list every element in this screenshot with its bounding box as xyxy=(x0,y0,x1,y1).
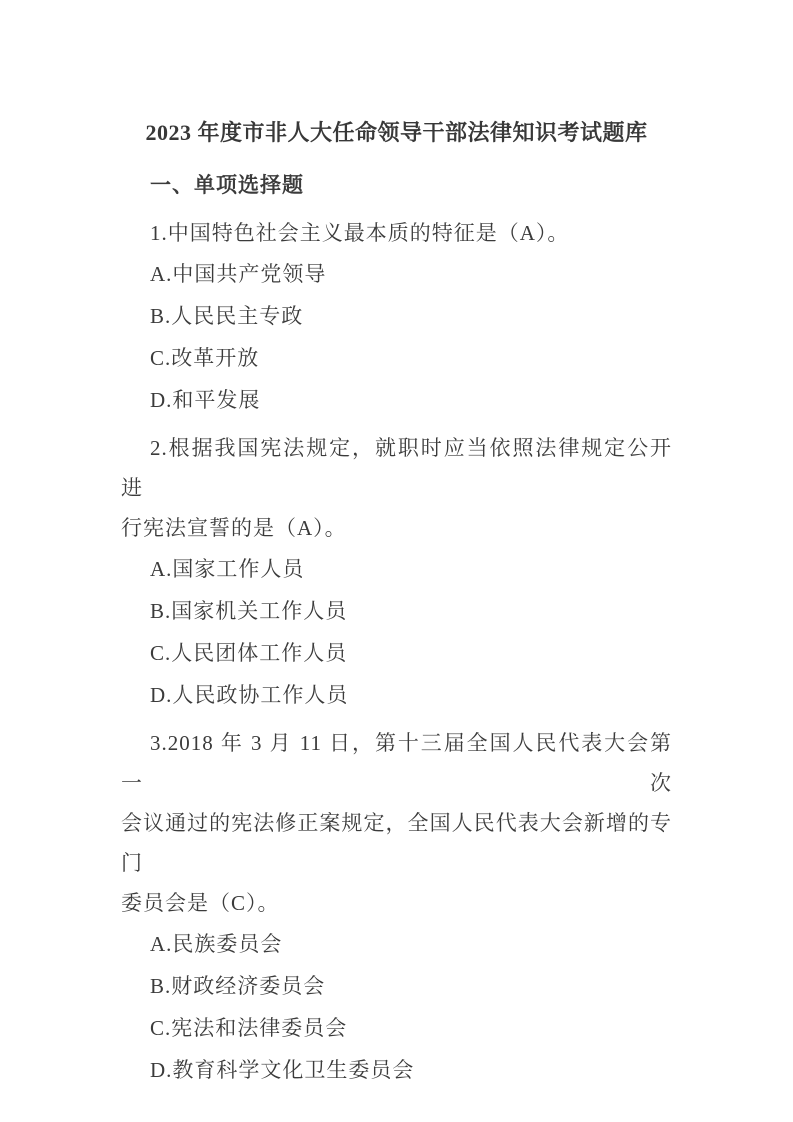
question-3-option-a: A.民族委员会 xyxy=(121,923,672,965)
question-1-option-b: B.人民民主专政 xyxy=(121,295,672,337)
question-3-option-b: B.财政经济委员会 xyxy=(121,965,672,1007)
question-3: 3.2018 年 3 月 11 日，第十三届全国人民代表大会第一次 会议通过的宪… xyxy=(121,723,672,923)
question-2-option-b: B.国家机关工作人员 xyxy=(121,590,672,632)
question-2-line-1: 2.根据我国宪法规定，就职时应当依照法律规定公开进 xyxy=(121,428,672,508)
question-1-option-c: C.改革开放 xyxy=(121,337,672,379)
question-3-line-3: 委员会是（C）。 xyxy=(121,883,672,923)
question-2-option-d: D.人民政协工作人员 xyxy=(121,674,672,716)
document-page: 2023 年度市非人大任命领导干部法律知识考试题库 一、单项选择题 1.中国特色… xyxy=(0,0,793,1122)
section-heading: 一、单项选择题 xyxy=(121,164,672,206)
question-3-line-1: 3.2018 年 3 月 11 日，第十三届全国人民代表大会第一次 xyxy=(121,723,672,803)
question-2-option-a: A.国家工作人员 xyxy=(121,548,672,590)
document-title: 2023 年度市非人大任命领导干部法律知识考试题库 xyxy=(121,112,672,154)
question-3-option-c: C.宪法和法律委员会 xyxy=(121,1007,672,1049)
question-2-option-c: C.人民团体工作人员 xyxy=(121,632,672,674)
question-1-option-a: A.中国共产党领导 xyxy=(121,253,672,295)
question-3-line-2: 会议通过的宪法修正案规定，全国人民代表大会新增的专门 xyxy=(121,803,672,883)
question-2: 2.根据我国宪法规定，就职时应当依照法律规定公开进 行宪法宣誓的是（A）。 xyxy=(121,428,672,548)
question-1-option-d: D.和平发展 xyxy=(121,379,672,421)
question-1-line-1: 1.中国特色社会主义最本质的特征是（A）。 xyxy=(121,213,672,253)
question-2-line-2: 行宪法宣誓的是（A）。 xyxy=(121,508,672,548)
question-3-option-d: D.教育科学文化卫生委员会 xyxy=(121,1049,672,1091)
question-1: 1.中国特色社会主义最本质的特征是（A）。 xyxy=(121,213,672,253)
